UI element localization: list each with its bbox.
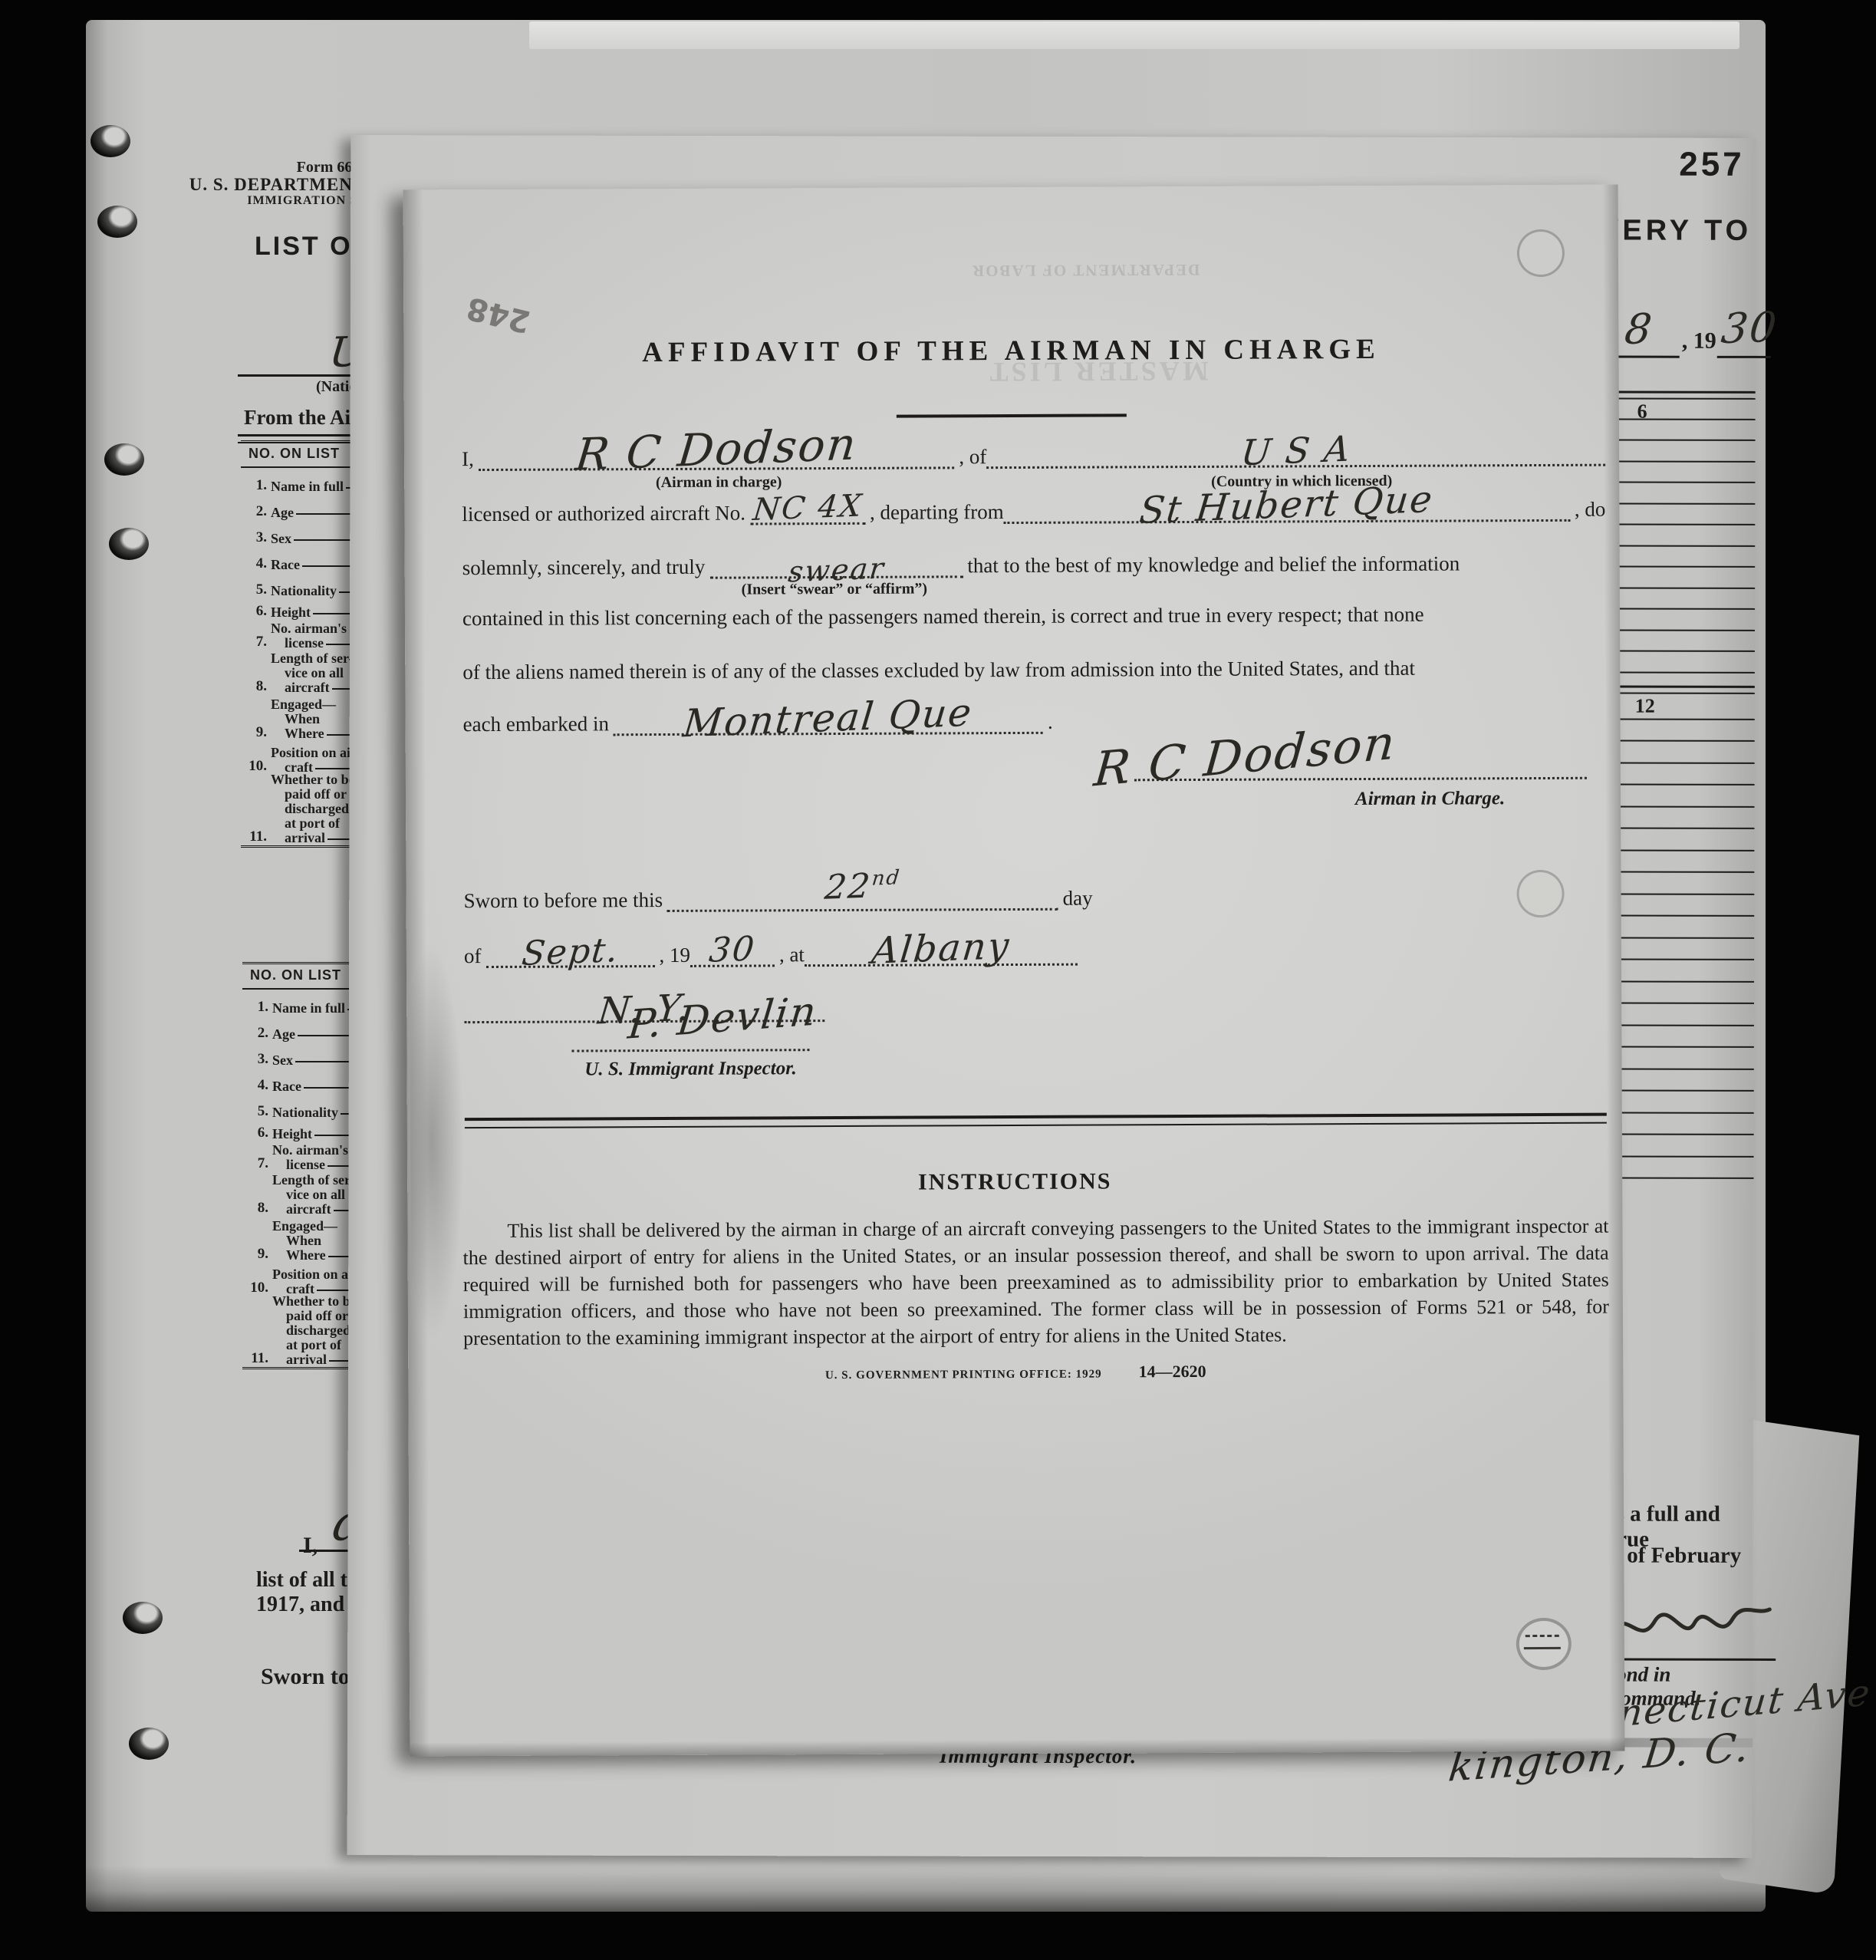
ruled-line <box>1614 959 1754 960</box>
form-line-4: contained in this list concerning each o… <box>462 602 1606 631</box>
field-number: 4. <box>242 1077 272 1094</box>
signature-line <box>1601 1659 1776 1661</box>
ruled-line <box>1616 418 1756 420</box>
affidavit-page: DEPARTMENT OF LABOR MASTER LIST 248 AFFI… <box>403 185 1625 1757</box>
ruled-line <box>1615 784 1755 786</box>
airman-name-field: R C Dodson <box>479 440 955 471</box>
field-number: 8. <box>241 678 271 695</box>
gpo-imprint: U. S. GOVERNMENT PRINTING OFFICE: 1929 <box>825 1369 1102 1382</box>
form-print-number: 14—2620 <box>1139 1362 1206 1381</box>
aircraft-no-handwriting: NC 4X <box>751 488 864 528</box>
ruled-line <box>1615 587 1755 588</box>
very-to-text: VERY TO <box>1599 214 1752 247</box>
sworn-city-handwriting: Albany <box>870 924 1012 973</box>
ruled-line <box>1614 849 1754 851</box>
sworn-19: , 19 <box>654 944 690 967</box>
inspector-signature-line <box>571 1049 809 1052</box>
field-number: 6. <box>241 603 271 620</box>
field-number: 2. <box>241 503 271 520</box>
line3-pre: solemnly, sincerely, and truly <box>462 555 710 580</box>
ruled-line <box>1614 1155 1754 1157</box>
ruled-line <box>1614 893 1754 894</box>
ruled-line <box>1614 1134 1754 1135</box>
ruled-line <box>1614 1003 1754 1004</box>
scanned-document: { "document": { "page_stamp": "257", "pe… <box>0 0 1876 1960</box>
field-number: 5. <box>242 1103 272 1120</box>
stacked-sheet-edge <box>529 21 1739 49</box>
affidavit-title: AFFIDAVIT OF THE AIRMAN IN CHARGE <box>403 332 1618 371</box>
line2-end: , do <box>1570 498 1606 522</box>
ruled-line <box>1616 440 1756 441</box>
month-handwriting: Sept. <box>520 931 621 973</box>
embarked-field: Montreal Que <box>614 706 1043 736</box>
line6-end: . <box>1043 710 1053 734</box>
ruled-line <box>1615 671 1755 673</box>
sworn-line-2: of Sept. , 19 30 , at Albany <box>464 937 1078 968</box>
ring-hole <box>1516 870 1564 917</box>
sworn-day-field: 22nd <box>667 882 1058 912</box>
ruled-line <box>1615 629 1755 631</box>
line2-pre: licensed or authorized aircraft No. <box>462 501 750 526</box>
field-number: 7. <box>242 1155 272 1172</box>
field-number: 10. <box>242 1280 272 1296</box>
airman-in-charge-label: Airman in Charge. <box>1355 788 1505 810</box>
ruled-line <box>1614 1178 1754 1179</box>
line3-end: that to the best of my knowledge and bel… <box>963 552 1460 578</box>
sworn-line-1: Sworn to before me this 22nd day <box>464 882 1093 914</box>
punch-hole <box>91 125 130 157</box>
manifest-ruled-column: 6 12 <box>1614 391 1755 1250</box>
ruled-line <box>1614 1090 1754 1092</box>
pencil-number-stamp: 248 <box>463 290 534 340</box>
ruled-line <box>1614 1024 1754 1026</box>
ruled-line <box>1614 871 1754 873</box>
ruled-line <box>1615 718 1755 720</box>
day-ordinal-suffix: nd <box>871 866 903 890</box>
date-line-2 <box>1717 356 1771 358</box>
title-rule <box>897 413 1127 417</box>
field-number: 1. <box>241 477 271 494</box>
instructions-body: This list shall be delivered by the airm… <box>462 1213 1609 1352</box>
ruled-line <box>1615 460 1755 462</box>
ruled-line <box>1614 1112 1754 1113</box>
sworn-day-word: day <box>1058 887 1093 911</box>
field-number: 1. <box>242 999 272 1016</box>
field-number: 10. <box>241 758 271 775</box>
field-number: 2. <box>242 1025 272 1042</box>
field-number: 6. <box>242 1125 272 1141</box>
punch-hole <box>97 206 137 238</box>
sworn-city-field: Albany <box>805 937 1078 967</box>
field-number: 4. <box>241 555 271 572</box>
form-line-1: I, R C Dodson , of U S A <box>462 438 1605 472</box>
country-field: U S A <box>986 438 1605 469</box>
airman-name-handwriting: R C Dodson <box>573 418 860 481</box>
field-number: 9. <box>241 724 271 741</box>
page-bottom-shadow <box>86 1866 1766 1912</box>
field-number: 3. <box>242 1051 272 1068</box>
ruled-line <box>1615 740 1755 742</box>
gpo-footer: U. S. GOVERNMENT PRINTING OFFICE: 1929 1… <box>408 1360 1623 1385</box>
ruled-line <box>1616 391 1756 400</box>
country-handwriting: U S A <box>1239 428 1353 474</box>
sworn-at: , at <box>775 943 805 967</box>
field-number: 11. <box>242 1350 272 1367</box>
ruled-line <box>1614 915 1754 917</box>
form-line-5: of the aliens named therein is of any of… <box>462 656 1606 685</box>
field-number: 11. <box>241 828 271 845</box>
ruled-line <box>1615 482 1755 483</box>
punch-hole <box>123 1602 163 1634</box>
airman-field-label: (Airman in charge) <box>588 473 849 492</box>
ruled-line <box>1615 502 1755 504</box>
inspector-label: U. S. Immigrant Inspector. <box>560 1058 821 1080</box>
ruled-line <box>1615 608 1755 610</box>
ruled-line <box>1614 1046 1754 1048</box>
ruled-line <box>1614 980 1754 982</box>
punch-hole <box>104 443 144 476</box>
punch-hole <box>129 1728 169 1760</box>
ruled-line <box>1614 937 1754 938</box>
grommet-dash <box>1524 1647 1561 1649</box>
embarked-handwriting: Montreal Que <box>681 690 975 746</box>
ring-hole <box>1517 229 1565 277</box>
sworn-day-handwriting: 22nd <box>823 865 902 908</box>
bottom-left-i: I, <box>303 1533 318 1559</box>
line2-mid: , departing from <box>865 500 1004 525</box>
departing-from-field: St Hubert Que <box>1004 493 1570 524</box>
date-year-handwriting: 30 <box>1719 303 1780 353</box>
line1-of: , of <box>954 445 986 469</box>
field-number: 7. <box>241 634 271 651</box>
ruled-line <box>1614 1068 1754 1069</box>
month-field: Sept. <box>485 939 654 968</box>
field-number: 8. <box>242 1200 272 1217</box>
ruled-line <box>1615 524 1755 525</box>
year-handwriting: 30 <box>707 929 757 970</box>
instructions-title: INSTRUCTIONS <box>407 1167 1622 1198</box>
swear-field-label: (Insert “swear” or “affirm”) <box>704 580 965 598</box>
line6-pre: each embarked in <box>463 712 614 736</box>
date-printed-19: , 19 <box>1682 328 1716 354</box>
ruled-line <box>1615 762 1755 763</box>
section-divider-rule <box>465 1113 1607 1128</box>
year-field: 30 <box>690 938 775 967</box>
form-line-2: licensed or authorized aircraft No. NC 4… <box>462 493 1605 527</box>
column-number-12: 12 <box>1635 695 1655 718</box>
form-line-3: solemnly, sincerely, and truly swear tha… <box>462 547 1606 581</box>
page-number-stamp: 257 <box>1679 146 1745 184</box>
field-number: 9. <box>242 1246 272 1263</box>
ruled-line <box>1615 566 1755 568</box>
aircraft-no-field: NC 4X <box>750 496 865 525</box>
bleed-through-text: DEPARTMENT OF LABOR <box>971 260 1200 280</box>
ruled-line <box>1615 545 1755 546</box>
ruled-line <box>1614 828 1754 829</box>
grommet-hole <box>1516 1618 1572 1670</box>
field-number: 3. <box>241 529 271 546</box>
date-line-1 <box>1612 356 1680 358</box>
swear-field: swear <box>709 549 963 578</box>
ruled-line <box>1615 686 1755 694</box>
grommet-dash <box>1525 1635 1559 1637</box>
sworn-of: of <box>464 944 486 968</box>
sworn-pre: Sworn to before me this <box>464 888 668 913</box>
form-line-6: each embarked in Montreal Que . <box>463 705 1154 736</box>
line1-pre: I, <box>462 447 479 471</box>
bottom-right-text-2: ct of February 5, <box>1604 1543 1753 1594</box>
ruled-line <box>1615 651 1755 652</box>
ruled-line <box>1615 805 1755 807</box>
date-day-handwriting: 8 <box>1622 305 1655 354</box>
punch-hole <box>109 528 149 560</box>
field-number: 5. <box>241 581 271 598</box>
